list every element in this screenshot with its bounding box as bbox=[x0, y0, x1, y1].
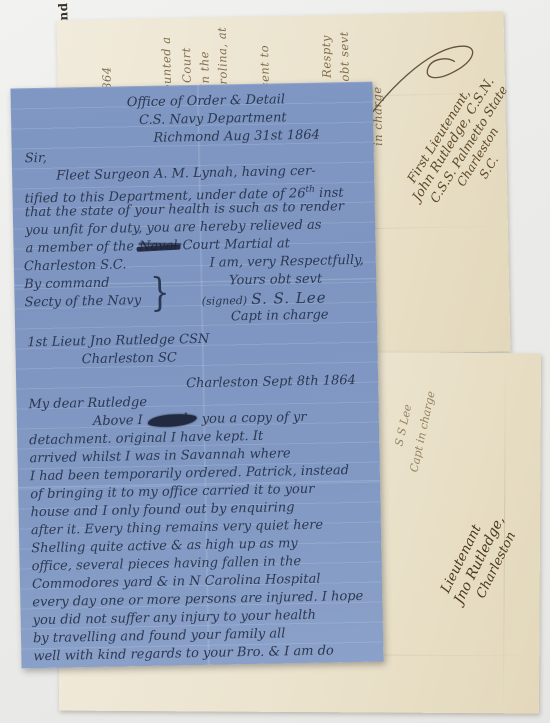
handwriting-fragment: sent to bbox=[257, 45, 272, 89]
body-text: you a copy of yr bbox=[202, 410, 307, 427]
signature-block: } By commandYours obt sevt Secty of the … bbox=[24, 270, 369, 331]
body-text: Above I bbox=[93, 413, 143, 429]
handwriting-fragment: Capt in charge bbox=[407, 390, 437, 474]
handwriting-fragment: in the bbox=[197, 51, 212, 88]
body-text: Court Martial at bbox=[182, 236, 290, 253]
body-text: Charleston S.C. bbox=[24, 256, 127, 276]
body-text: a member of the bbox=[25, 239, 134, 256]
signature: S. S. Lee bbox=[251, 289, 327, 308]
secty-navy: Secty of the Navy bbox=[24, 292, 141, 312]
yours-obt: Yours obt sevt bbox=[229, 271, 322, 291]
ink-blot-word: send bbox=[147, 413, 197, 428]
printed-heading: nd Detail. bbox=[55, 0, 70, 21]
docket-panel: Lieutenant Jno Rutledge, Charleston bbox=[412, 470, 542, 663]
by-command: By command bbox=[24, 275, 110, 295]
strikethrough-word: Naval bbox=[139, 238, 178, 254]
capt-in-charge: Capt in charge bbox=[231, 307, 329, 324]
handwriting-fragment: S S Lee bbox=[393, 403, 415, 447]
signed-label: (signed) bbox=[202, 294, 248, 308]
photo-of-civil-war-letters: nd Detail. 1864 counted a E Court in the… bbox=[0, 0, 550, 723]
blue-letter-sheet: Office of Order & Detail C.S. Navy Depar… bbox=[10, 82, 383, 669]
superscript: th bbox=[305, 185, 315, 195]
